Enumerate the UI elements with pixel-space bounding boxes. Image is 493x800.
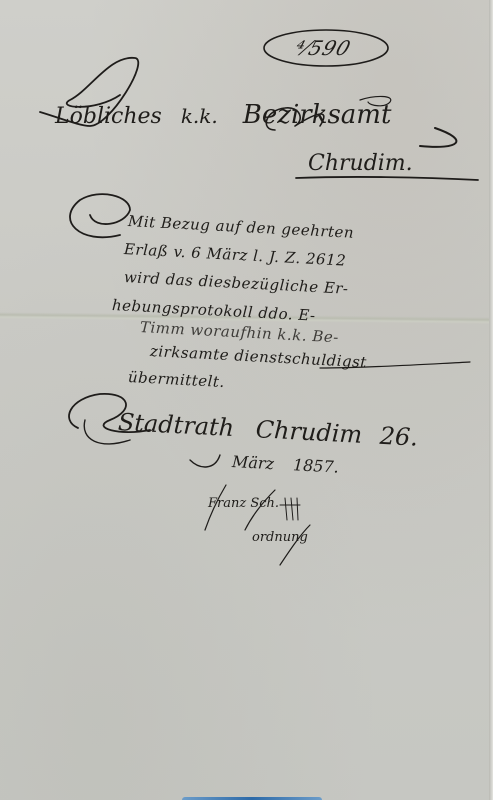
location-underline <box>296 177 478 180</box>
addressee-word-2: k.k. <box>181 104 218 128</box>
addressee-word-3: Bezirksamt <box>243 100 392 130</box>
reference-number: ⁴⁄590 <box>292 36 354 60</box>
signature-title: ordnung <box>252 530 308 545</box>
closing-year: 1857. <box>293 455 340 476</box>
signature-cross-mark <box>280 498 300 520</box>
closing-month: März <box>232 452 275 473</box>
addressee-word-1: Löbliches <box>55 104 162 129</box>
closing-word-1: Stadtrath <box>117 408 235 442</box>
bezirksamt-tail <box>420 128 456 147</box>
signature-name: Franz Sch. <box>208 496 279 511</box>
addressee-location: Chrudim. <box>308 151 413 176</box>
initial-m-flourish <box>70 194 130 237</box>
stadtrath-tail <box>190 455 220 467</box>
closing-word-2: Chrudim <box>255 415 363 449</box>
closing-day: 26. <box>379 422 419 452</box>
addressee-line: Löbliches k.k. Bezirksamt <box>55 100 391 130</box>
